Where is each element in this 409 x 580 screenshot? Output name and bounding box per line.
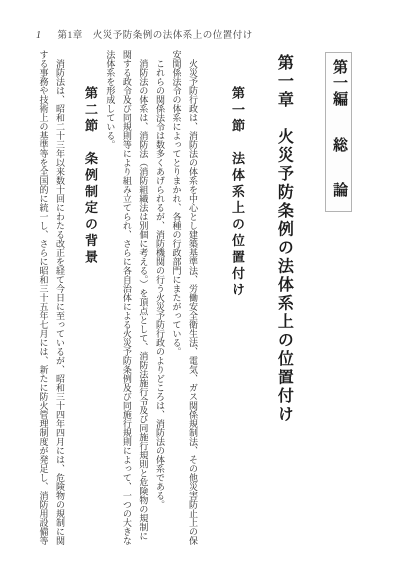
- section1-paragraph-2: これらの関係法令は数多くあげられるが、消防機関の行う火災予防行政のよりどころは、…: [151, 50, 168, 548]
- page-number: 1: [36, 30, 42, 41]
- book-page: 1 第1章 火災予防条例の法体系上の位置付け 第一編 総 論 第一章 火災予防条…: [0, 0, 409, 580]
- part-label-box: 第一編 総 論: [325, 52, 352, 212]
- section2-paragraph-1: 消防法は、昭和二十三年以来数十回にわたる改正を経て今日に至っているが、昭和三十四…: [35, 50, 68, 548]
- part-label-line1: 第一編: [331, 59, 346, 107]
- section1-title: 第一節 法体系上の位置付け: [229, 86, 244, 299]
- section2-body: 消防法は、昭和二十三年以来数十回にわたる改正を経て今日に至っているが、昭和三十四…: [35, 50, 68, 548]
- part-label-line2: 総: [331, 137, 346, 153]
- section1-body: 火災予防行政は、消防法の体系を中心とし建築基準法、労働安全衛生法、電気、ガス関係…: [102, 50, 201, 548]
- part-label-line3: 論: [331, 182, 346, 198]
- section2-title: 第二節 条例制定の背景: [82, 86, 97, 266]
- chapter-title: 第一章 火災予防条例の法体系上の位置付け: [274, 54, 292, 424]
- section1-paragraph-1: 火災予防行政は、消防法の体系を中心とし建築基準法、労働安全衛生法、電気、ガス関係…: [168, 50, 201, 548]
- section1-paragraph-3: 消防法の体系は、消防法（消防組織法は別個に考える。）を頂点として、消防法施行令及…: [102, 50, 152, 548]
- running-header: 1 第1章 火災予防条例の法体系上の位置付け: [36, 27, 253, 41]
- running-header-title: 第1章 火災予防条例の法体系上の位置付け: [58, 27, 253, 41]
